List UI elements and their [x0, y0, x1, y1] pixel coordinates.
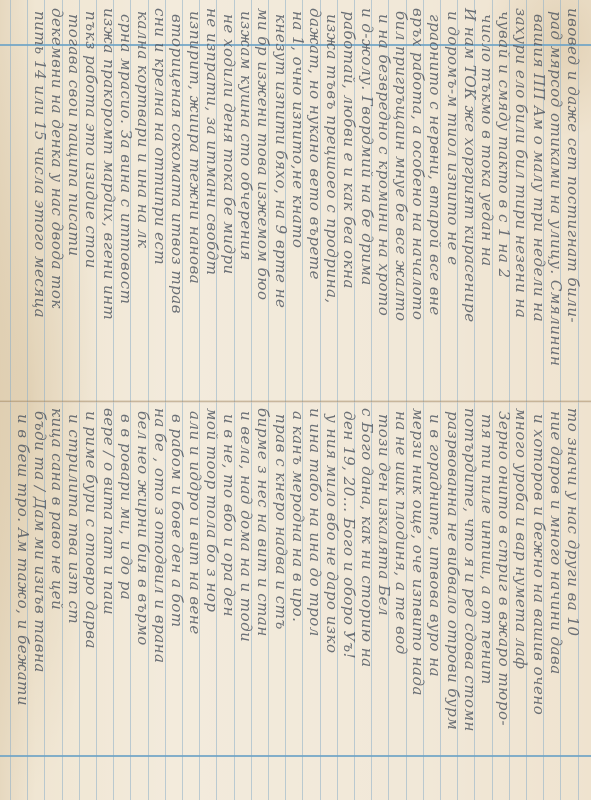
handwritten-line: и в беш тро. Ам тажо, и бежати [10, 0, 38, 800]
handwritten-text: и в беш тро. Ам тажо, и бежати [14, 414, 32, 706]
letter-page: ивовед и даже сет постигнат били-рад мяр… [0, 0, 591, 800]
